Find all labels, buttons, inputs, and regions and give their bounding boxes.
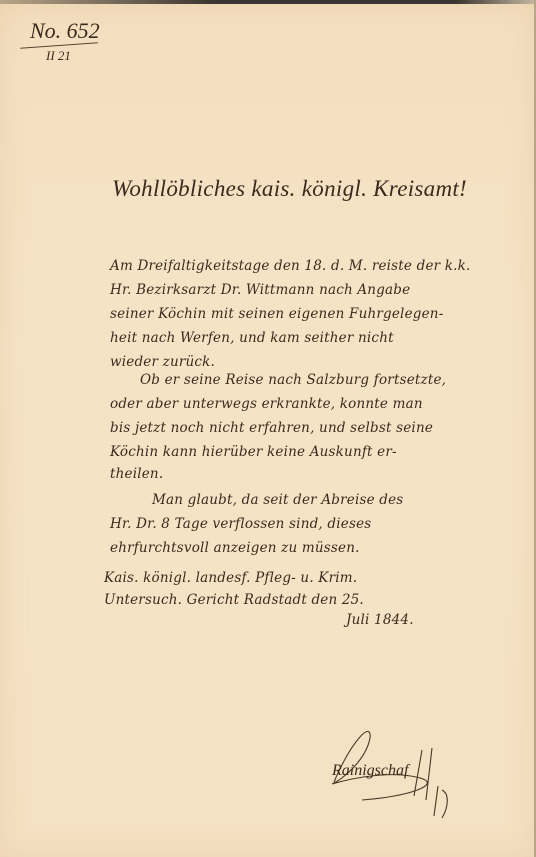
document-page: No. 652 II 21 Wohllöbliches kais. königl… xyxy=(0,4,534,857)
closing-line: Untersuch. Gericht Radstadt den 25. xyxy=(104,592,364,608)
closing-date: Juli 1844. xyxy=(346,612,414,628)
body-line: Köchin kann hierüber keine Auskunft er- xyxy=(110,444,397,460)
body-line: ehrfurchtsvoll anzeigen zu müssen. xyxy=(110,540,360,556)
body-line: Ob er seine Reise nach Salzburg fortsetz… xyxy=(140,372,446,388)
signature: Rainigschaf xyxy=(322,720,472,820)
body-line: seiner Köchin mit seinen eigenen Fuhrgel… xyxy=(110,306,443,322)
body-line: theilen. xyxy=(110,466,163,482)
body-line: Am Dreifaltigkeitstage den 18. d. M. rei… xyxy=(110,258,471,274)
body-line: bis jetzt noch nicht erfahren, und selbs… xyxy=(110,420,433,436)
body-line: oder aber unterwegs erkrankte, konnte ma… xyxy=(110,396,423,412)
body-line: wieder zurück. xyxy=(110,354,215,370)
salutation: Wohllöbliches kais. königl. Kreisamt! xyxy=(112,176,467,202)
body-line: Hr. Dr. 8 Tage verflossen sind, dieses xyxy=(110,516,371,532)
reference-number: No. 652 xyxy=(30,18,100,44)
body-line: Hr. Bezirksarzt Dr. Wittmann nach Angabe xyxy=(110,282,410,298)
closing-line: Kais. königl. landesf. Pfleg- u. Krim. xyxy=(104,570,357,586)
body-line: heit nach Werfen, und kam seither nicht xyxy=(110,330,394,346)
body-line: Man glaubt, da seit der Abreise des xyxy=(152,492,403,508)
reference-sub: II 21 xyxy=(46,48,71,64)
signature-text: Rainigschaf xyxy=(332,762,408,780)
